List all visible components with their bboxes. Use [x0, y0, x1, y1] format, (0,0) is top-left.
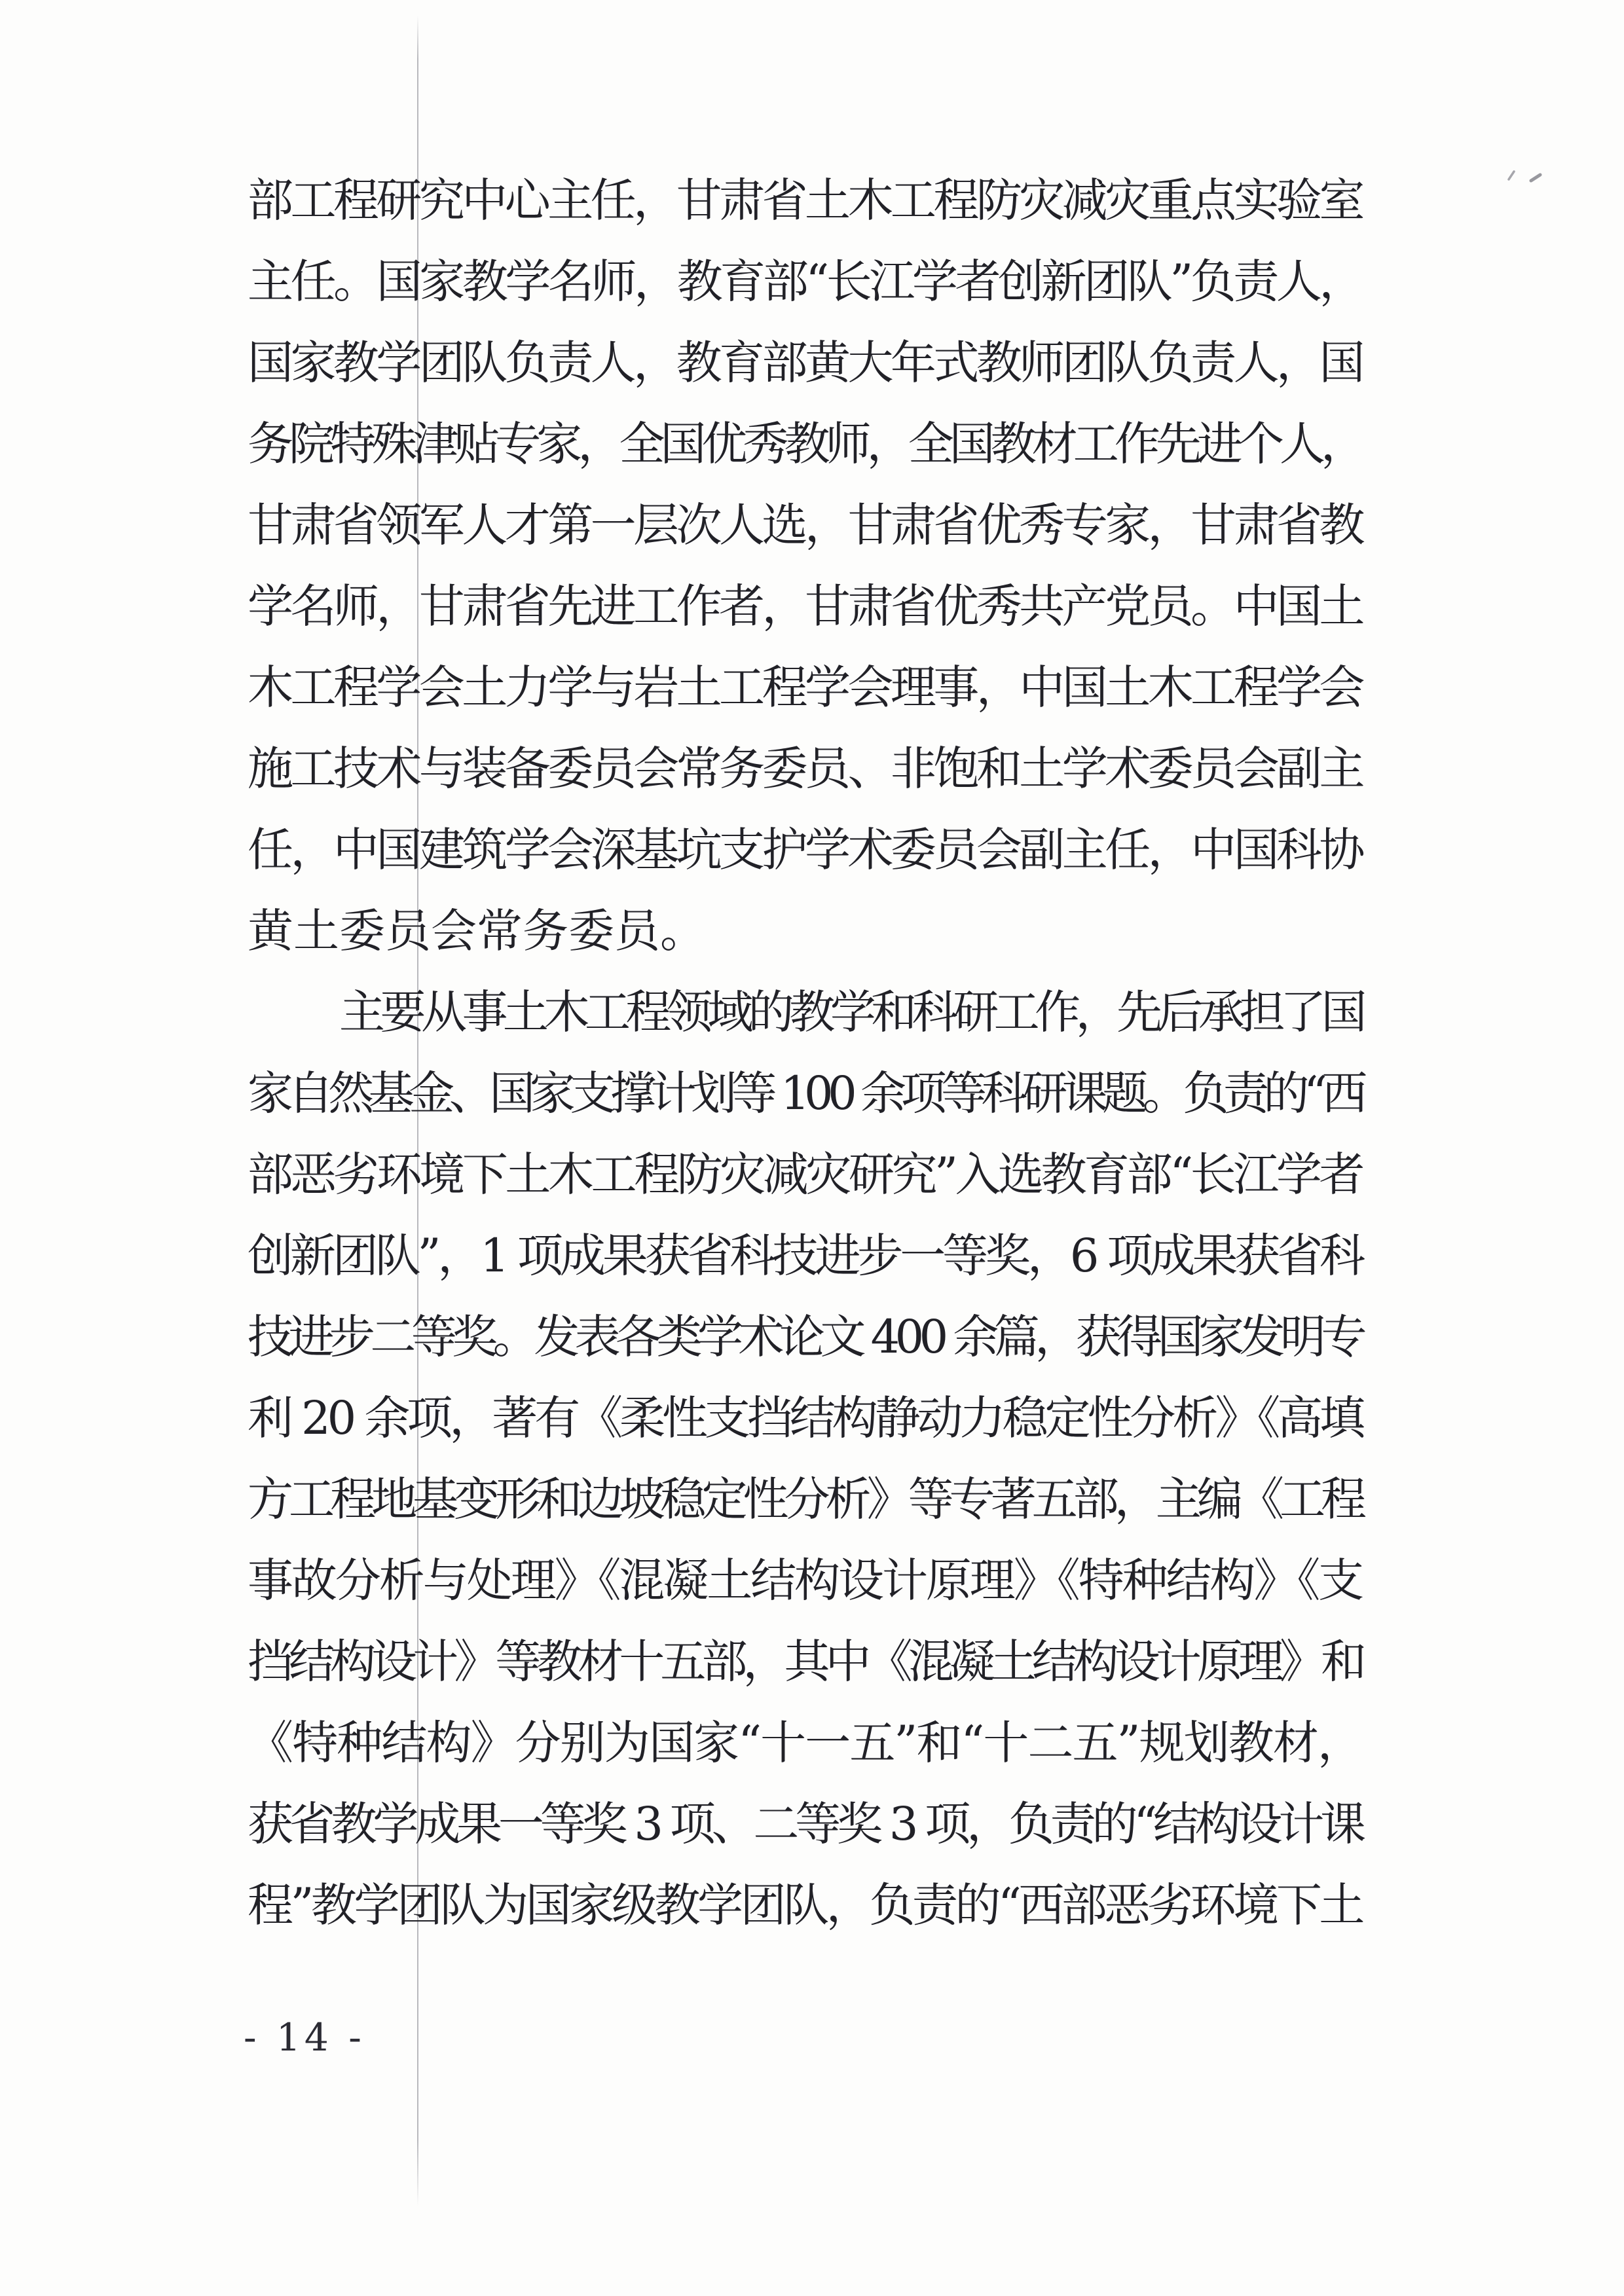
text-line: 《特种结构》分别为国家“十一五”和“十二五”规划教材， [248, 1702, 1362, 1783]
text-line: 学名师，甘肃省先进工作者，甘肃省优秀共产党员。中国土 [248, 566, 1362, 647]
text-line: 务院特殊津贴专家，全国优秀教师，全国教材工作先进个人， [248, 403, 1362, 484]
ink-speck-icon [1504, 165, 1547, 187]
text-line: 部恶劣环境下土木工程防灾减灾研究”入选教育部“长江学者 [248, 1134, 1362, 1215]
text-line: 甘肃省领军人才第一层次人选，甘肃省优秀专家，甘肃省教 [248, 484, 1362, 566]
text-line: 国家教学团队负责人，教育部黄大年式教师团队负责人，国 [248, 322, 1362, 403]
text-line: 部工程研究中心主任，甘肃省土木工程防灾减灾重点实验室 [248, 160, 1362, 241]
text-line: 创新团队”，1 项成果获省科技进步一等奖，6 项成果获省科 [248, 1215, 1362, 1296]
text-line: 黄土委员会常务委员。 [248, 890, 1362, 972]
text-line: 技进步二等奖。发表各类学术论文 400 余篇，获得国家发明专 [248, 1296, 1362, 1377]
text-line: 施工技术与装备委员会常务委员、非饱和土学术委员会副主 [248, 728, 1362, 809]
text-line: 程”教学团队为国家级教学团队，负责的“西部恶劣环境下土 [248, 1865, 1362, 1946]
text-line: 挡结构设计》等教材十五部，其中《混凝土结构设计原理》和 [248, 1621, 1362, 1702]
text-line: 方工程地基变形和边坡稳定性分析》等专著五部，主编《工程 [248, 1459, 1362, 1540]
text-line paragraph-start: 主要从事土木工程领域的教学和科研工作，先后承担了国 [248, 972, 1362, 1053]
document-body: 部工程研究中心主任，甘肃省土木工程防灾减灾重点实验室 主任。国家教学名师，教育部… [248, 160, 1362, 1946]
text-line: 木工程学会土力学与岩土工程学会理事，中国土木工程学会 [248, 647, 1362, 728]
text-line: 获省教学成果一等奖 3 项、二等奖 3 项，负责的“结构设计课 [248, 1783, 1362, 1865]
text-line: 主任。国家教学名师，教育部“长江学者创新团队”负责人， [248, 241, 1362, 322]
text-line: 家自然基金、国家支撑计划等 100 余项等科研课题。负责的“西 [248, 1053, 1362, 1134]
text-line: 利 20 余项，著有《柔性支挡结构静动力稳定性分析》《高填 [248, 1377, 1362, 1459]
scanned-document-page: 部工程研究中心主任，甘肃省土木工程防灾减灾重点实验室 主任。国家教学名师，教育部… [0, 0, 1624, 2296]
text-line: 事故分析与处理》《混凝土结构设计原理》《特种结构》《支 [248, 1540, 1362, 1621]
page-number: - 14 - [244, 2011, 365, 2064]
text-line: 任，中国建筑学会深基坑支护学术委员会副主任，中国科协 [248, 809, 1362, 890]
